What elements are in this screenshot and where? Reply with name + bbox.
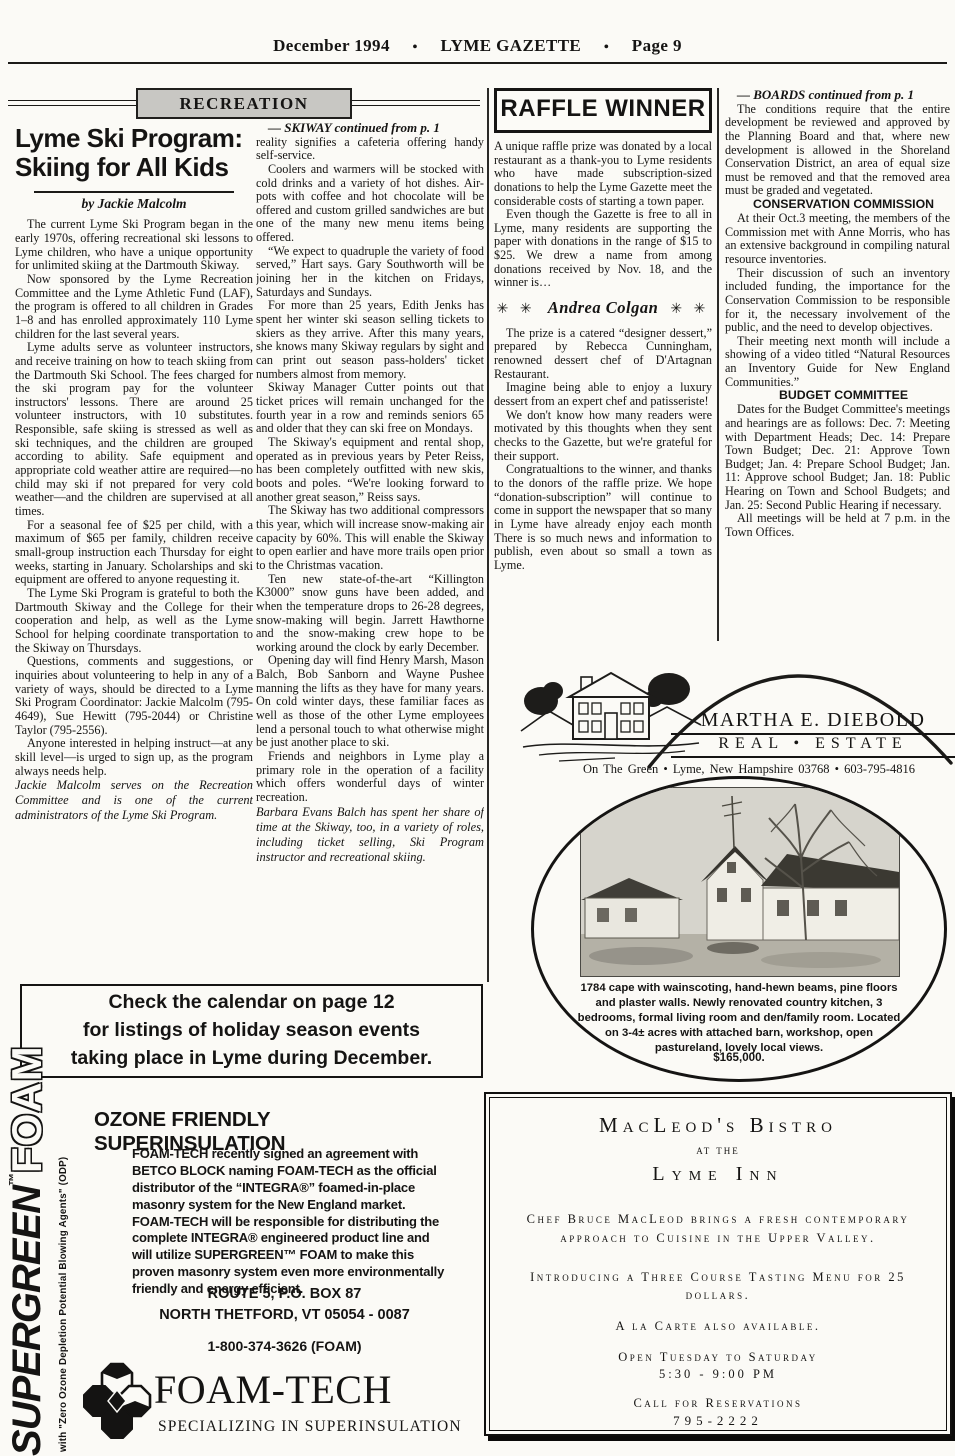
foamtech-address: ROUTE 5, P.O. BOX 87 NORTH THETFORD, VT …: [117, 1284, 452, 1326]
diebold-tagline: REAL • ESTATE: [671, 735, 955, 758]
raffle-winner-headline: RAFFLE WINNER: [494, 88, 712, 133]
diebold-address: On The Green • Lyme, New Hampshire 03768…: [543, 762, 955, 777]
foamtech-phone: 1-800-374-3626 (FOAM): [117, 1338, 452, 1354]
skiway-paragraph: Skiway Manager Cutter points out that ti…: [256, 381, 484, 436]
ski-paragraph: The Lyme Ski Program is grateful to both…: [15, 587, 253, 655]
ski-author-bio: Jackie Malcolm serves on the Recreation …: [15, 778, 253, 823]
boards-paragraph: Their discussion of such an inventory in…: [725, 267, 950, 335]
calendar-notice-line: taking place in Lyme during December.: [71, 1045, 432, 1073]
ski-paragraph: Lyme adults serve as volunteer instructo…: [15, 341, 253, 519]
listing-oval-frame: 1784 cape with wainscoting, hand-hewn be…: [531, 776, 947, 1082]
bistro-call-line: Call for Reservations: [490, 1396, 946, 1411]
masthead-date: December 1994: [273, 36, 390, 55]
raffle-winner-name: Andrea Colgan: [548, 298, 659, 317]
star-icon: ✳ ✳: [497, 302, 536, 317]
bistro-name: MacLeod's Bistro: [490, 1113, 946, 1138]
raffle-paragraph: The prize is a catered “designer dessert…: [494, 327, 712, 382]
skiway-paragraph: The Skiway's equipment and rental shop, …: [256, 436, 484, 504]
recreation-banner: RECREATION: [8, 88, 480, 120]
raffle-paragraph: A unique raffle prize was donated by a l…: [494, 140, 712, 208]
supergreen-foam-vertical-brand: SUPERGREEN ™ FOAM: [2, 1090, 52, 1456]
diebold-real-estate-ad: MARTHA E. DIEBOLD REAL • ESTATE On The G…: [505, 645, 955, 1078]
odp-vertical-note: with "Zero Ozone Depletion Potential Blo…: [58, 1096, 69, 1452]
supergreen-wordmark: SUPERGREEN: [5, 1186, 50, 1456]
bistro-alacarte-line: A la Carte also available.: [490, 1319, 946, 1334]
masthead-title: LYME GAZETTE: [440, 36, 581, 55]
bistro-venue: Lyme Inn: [490, 1163, 946, 1186]
calendar-notice-line: for listings of holiday season events: [83, 1017, 420, 1045]
column-rule: [487, 88, 489, 982]
boards-continued-line: — BOARDS continued from p. 1: [725, 88, 950, 103]
skiway-paragraph: For more than 25 years, Edith Jenks has …: [256, 299, 484, 381]
ski-article-byline: by Jackie Malcolm: [34, 191, 234, 211]
raffle-article-column: RAFFLE WINNER A unique raffle prize was …: [494, 88, 712, 650]
recreation-banner-label: RECREATION: [136, 88, 352, 119]
skiway-article-column: — SKIWAY continued from p. 1 reality sig…: [256, 121, 484, 983]
bistro-open-line: Open Tuesday to Saturday: [490, 1350, 946, 1365]
trademark-symbol: ™: [6, 1173, 21, 1186]
foamtech-address-line: NORTH THETFORD, VT 05054 - 0087: [117, 1305, 452, 1326]
raffle-paragraph: Congratualtions to the winner, and thank…: [494, 463, 712, 572]
masthead-page-number: Page 9: [632, 36, 682, 55]
calendar-notice-line: Check the calendar on page 12: [108, 989, 394, 1017]
column-rule: [717, 88, 719, 641]
raffle-paragraph: Even though the Gazette is free to all i…: [494, 208, 712, 290]
bullet-separator: •: [604, 40, 609, 55]
diebold-name: MARTHA E. DIEBOLD: [671, 709, 955, 735]
bistro-tasting-menu-line: Introducing a Three Course Tasting Menu …: [517, 1268, 918, 1306]
ski-paragraph: The current Lyme Ski Program began in th…: [15, 218, 253, 273]
skiway-paragraph: reality signifies a cafeteria offering h…: [256, 136, 484, 163]
bistro-pitch: Chef Bruce MacLeod brings a fresh contem…: [517, 1210, 918, 1248]
boards-paragraph: Dates for the Budget Committee's meeting…: [725, 403, 950, 512]
masthead: December 1994 • LYME GAZETTE • Page 9: [0, 36, 955, 56]
raffle-paragraph: We don't know how many readers were moti…: [494, 409, 712, 464]
bistro-ad-inner-frame: MacLeod's Bistro at the Lyme Inn Chef Br…: [489, 1097, 947, 1431]
skiway-paragraph: The Skiway has two additional compressor…: [256, 504, 484, 572]
boards-paragraph: The conditions require that the entire d…: [725, 103, 950, 199]
newspaper-page: { "masthead": { "date": "December 1994",…: [0, 0, 955, 1456]
raffle-winner-name-line: ✳ ✳ Andrea Colgan ✳ ✳: [494, 299, 712, 318]
foamtech-cube-cluster-icon: [80, 1360, 154, 1444]
ski-paragraph: Now sponsored by the Lyme Recreation Com…: [15, 273, 253, 341]
skiway-endnote: Barbara Evans Balch has spent her share …: [256, 805, 484, 866]
skiway-paragraph: Coolers and warmers will be stocked with…: [256, 163, 484, 245]
skiway-paragraph: “We expect to quadruple the variety of f…: [256, 245, 484, 300]
listing-price: $165,000.: [570, 1051, 908, 1064]
star-icon: ✳ ✳: [670, 302, 709, 317]
boards-paragraph: All meetings will be held at 7 p.m. in t…: [725, 512, 950, 539]
bistro-hours: 5:30 - 9:00 PM: [490, 1367, 946, 1382]
foamtech-logo-tagline: SPECIALIZING IN SUPERINSULATION: [158, 1418, 462, 1436]
foam-outline-wordmark: FOAM: [3, 1045, 51, 1173]
boards-paragraph: Their meeting next month will include a …: [725, 335, 950, 390]
ski-article-column: Lyme Ski Program: Skiing for All Kids by…: [15, 124, 253, 982]
boards-article-column: — BOARDS continued from p. 1 The conditi…: [725, 88, 950, 650]
conservation-commission-subhead: CONSERVATION COMMISSION: [725, 198, 950, 212]
foamtech-logotype: FOAM-TECH: [154, 1366, 392, 1413]
masthead-rule: [8, 62, 947, 64]
ski-paragraph: Anyone interested in helping instruct—at…: [15, 737, 253, 778]
listing-caption: 1784 cape with wainscoting, hand-hewn be…: [570, 981, 908, 1056]
ski-article-headline: Lyme Ski Program: Skiing for All Kids: [15, 124, 253, 181]
skiway-paragraph: Ten new state-of-the-art “Killington K30…: [256, 573, 484, 655]
macleods-bistro-ad: MacLeod's Bistro at the Lyme Inn Chef Br…: [484, 1092, 952, 1436]
banner-rule-right: [348, 100, 480, 106]
calendar-notice-box: Check the calendar on page 12 for listin…: [20, 984, 483, 1078]
boards-paragraph: At their Oct.3 meeting, the members of t…: [725, 212, 950, 267]
foamtech-ad: SUPERGREEN ™ FOAM with "Zero Ozone Deple…: [2, 1088, 480, 1456]
skiway-paragraph: Opening day will find Henry Marsh, Mason…: [256, 654, 484, 750]
skiway-paragraph: Friends and neighbors in Lyme play a pri…: [256, 750, 484, 805]
budget-committee-subhead: BUDGET COMMITTEE: [725, 389, 950, 403]
raffle-paragraph: Imagine being able to enjoy a luxury des…: [494, 381, 712, 408]
foamtech-body-text: FOAM-TECH recently signed an agreement w…: [132, 1146, 446, 1298]
bistro-at-the: at the: [490, 1143, 946, 1158]
skiway-continued-line: — SKIWAY continued from p. 1: [256, 121, 484, 136]
house-listing-photo: [580, 787, 900, 977]
bistro-phone: 795-2222: [490, 1413, 946, 1429]
ski-paragraph: For a seasonal fee of $25 per child, wit…: [15, 519, 253, 587]
ski-paragraph: Questions, comments and suggestions, or …: [15, 655, 253, 737]
bullet-separator: •: [413, 40, 418, 55]
foamtech-address-line: ROUTE 5, P.O. BOX 87: [117, 1284, 452, 1305]
banner-rule-left: [8, 100, 136, 106]
